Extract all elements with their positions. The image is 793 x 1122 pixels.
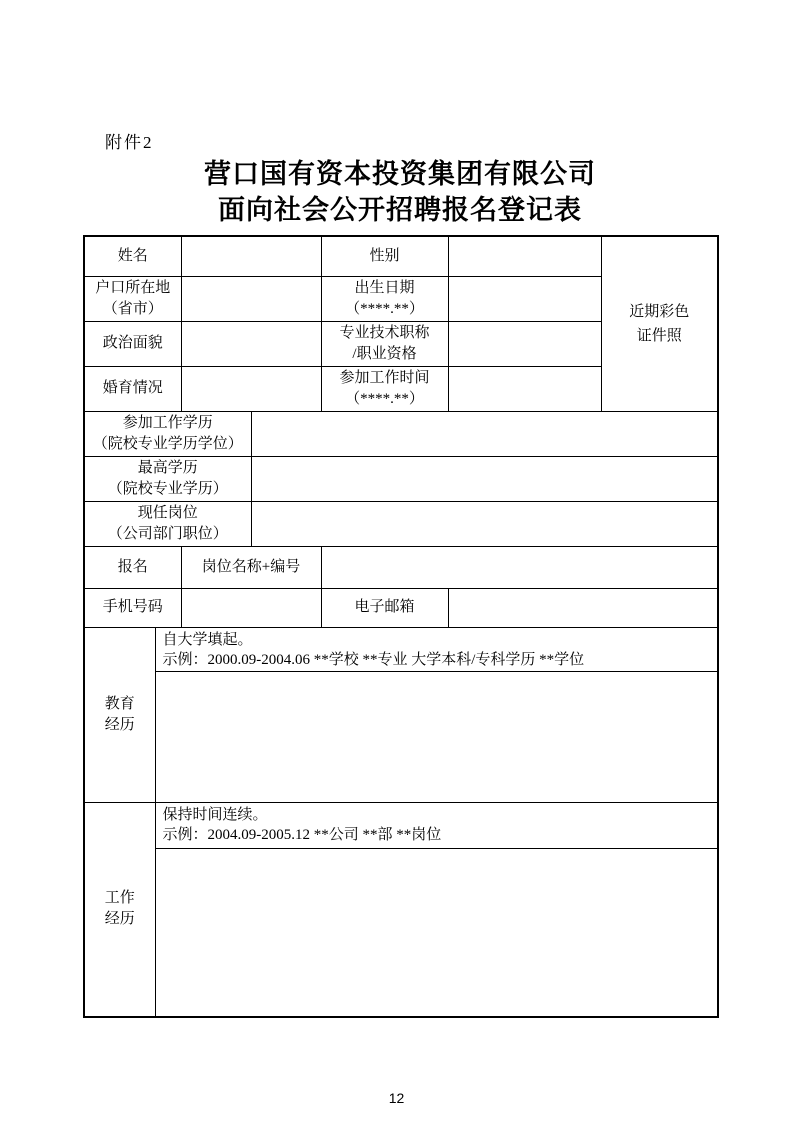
highest-education-label: 最高学历 （院校专业学历） — [84, 456, 251, 501]
attachment-label: 附件2 — [105, 128, 154, 153]
work-start-time-input-cell[interactable] — [448, 366, 601, 411]
education-input-cell[interactable] — [155, 671, 718, 802]
phone-input-cell[interactable] — [181, 588, 321, 627]
document-title: 营口国有资本投资集团有限公司 面向社会公开招聘报名登记表 — [83, 156, 717, 228]
email-label: 电子邮箱 — [321, 588, 448, 627]
table-row: 工作 经历 保持时间连续。 示例：2004.09-2005.12 **公司 **… — [84, 802, 718, 848]
table-row — [84, 848, 718, 1017]
application-label: 报名 — [84, 546, 181, 588]
name-input-cell[interactable] — [181, 236, 321, 276]
marital-status-input-cell[interactable] — [181, 366, 321, 411]
position-input-cell[interactable] — [321, 546, 718, 588]
first-work-education-label: 参加工作学历 （院校专业学历学位） — [84, 411, 251, 456]
work-instruction: 保持时间连续。 示例：2004.09-2005.12 **公司 **部 **岗位 — [155, 802, 718, 848]
professional-title-input-cell[interactable] — [448, 321, 601, 366]
first-work-education-input-cell[interactable] — [251, 411, 718, 456]
marital-status-label: 婚育情况 — [84, 366, 181, 411]
table-row: 姓名 性别 近期彩色 证件照 — [84, 236, 718, 276]
email-input-cell[interactable] — [448, 588, 718, 627]
application-form-table: 姓名 性别 近期彩色 证件照 户口所在地 （省市） 出生日期 （****.**）… — [83, 235, 719, 1018]
education-history-label: 教育 经历 — [84, 627, 155, 802]
table-row: 最高学历 （院校专业学历） — [84, 456, 718, 501]
residence-input-cell[interactable] — [181, 276, 321, 321]
current-position-label: 现任岗位 （公司部门职位） — [84, 501, 251, 546]
gender-label: 性别 — [321, 236, 448, 276]
photo-cell: 近期彩色 证件照 — [601, 236, 718, 411]
work-history-label: 工作 经历 — [84, 802, 155, 1017]
document-page: 附件2 营口国有资本投资集团有限公司 面向社会公开招聘报名登记表 姓名 性别 近… — [0, 0, 793, 1122]
residence-label: 户口所在地 （省市） — [84, 276, 181, 321]
page-number: 12 — [0, 1090, 793, 1106]
position-name-label: 岗位名称+编号 — [181, 546, 321, 588]
gender-input-cell[interactable] — [448, 236, 601, 276]
work-start-time-label: 参加工作时间 （****.**） — [321, 366, 448, 411]
education-instruction: 自大学填起。 示例：2000.09-2004.06 **学校 **专业 大学本科… — [155, 627, 718, 671]
table-row: 教育 经历 自大学填起。 示例：2000.09-2004.06 **学校 **专… — [84, 627, 718, 671]
political-status-input-cell[interactable] — [181, 321, 321, 366]
table-row — [84, 671, 718, 802]
highest-education-input-cell[interactable] — [251, 456, 718, 501]
political-status-label: 政治面貌 — [84, 321, 181, 366]
table-row: 手机号码 电子邮箱 — [84, 588, 718, 627]
name-label: 姓名 — [84, 236, 181, 276]
current-position-input-cell[interactable] — [251, 501, 718, 546]
table-row: 现任岗位 （公司部门职位） — [84, 501, 718, 546]
work-input-cell[interactable] — [155, 848, 718, 1017]
phone-label: 手机号码 — [84, 588, 181, 627]
table-row: 报名 岗位名称+编号 — [84, 546, 718, 588]
table-row: 参加工作学历 （院校专业学历学位） — [84, 411, 718, 456]
professional-title-label: 专业技术职称 /职业资格 — [321, 321, 448, 366]
birthdate-label: 出生日期 （****.**） — [321, 276, 448, 321]
birthdate-input-cell[interactable] — [448, 276, 601, 321]
